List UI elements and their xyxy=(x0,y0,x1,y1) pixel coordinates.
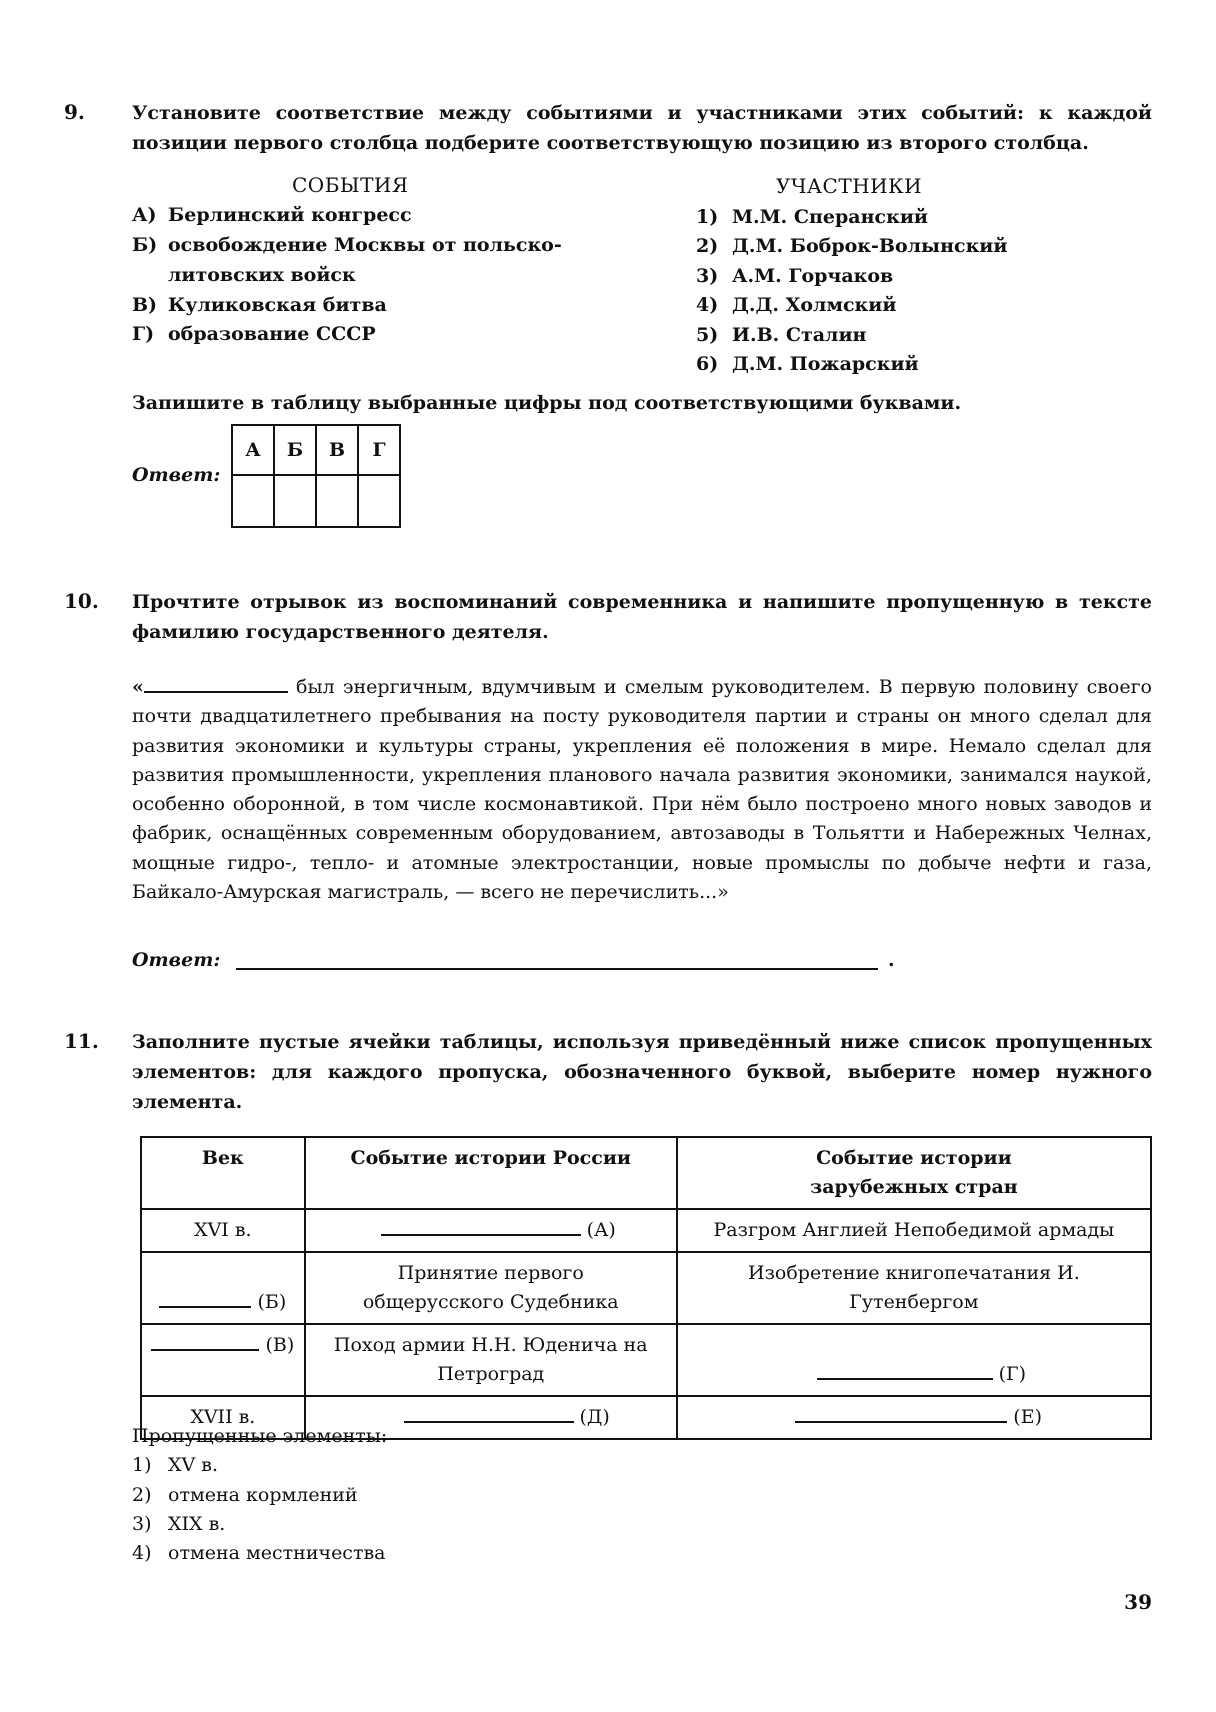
blank-letter: (Б) xyxy=(257,1291,286,1313)
answer-label: Ответ: xyxy=(132,949,220,971)
participant-item: 5)И.В. Сталин xyxy=(696,320,866,350)
cell-century[interactable]: (Б) xyxy=(141,1252,305,1324)
participant-item: 2)Д.М. Боброк-Волынский xyxy=(696,231,1007,261)
answer-header: Б xyxy=(274,425,316,475)
event-key: Г) xyxy=(132,319,168,349)
task-prompt: Прочтите отрывок из воспоминаний совреме… xyxy=(132,587,1152,647)
participant-text: М.М. Сперанский xyxy=(732,202,928,232)
cell-foreign: Разгром Англией Непобедимой армады xyxy=(677,1209,1151,1252)
participant-key: 5) xyxy=(696,320,732,350)
participant-text: Д.Д. Холмский xyxy=(732,290,896,320)
task-number: 9. xyxy=(64,100,85,124)
task-number: 11. xyxy=(64,1029,99,1053)
blank-line xyxy=(795,1405,1007,1423)
participant-text: А.М. Горчаков xyxy=(732,261,893,291)
event-text: Берлинский конгресс xyxy=(168,200,412,230)
blank-letter: (А) xyxy=(587,1219,616,1241)
blank-letter: (В) xyxy=(265,1334,294,1356)
participant-key: 4) xyxy=(696,290,732,320)
blank-letter: (Г) xyxy=(999,1363,1026,1385)
missing-text: XIX в. xyxy=(168,1509,225,1539)
missing-item: 1)XV в. xyxy=(132,1450,218,1480)
quote-text: был энергичным, вдумчивым и смелым руков… xyxy=(132,676,1152,903)
participant-key: 1) xyxy=(696,202,732,232)
missing-item: 2)отмена кормлений xyxy=(132,1480,358,1510)
missing-text: отмена местничества xyxy=(168,1538,386,1568)
missing-key: 3) xyxy=(132,1509,168,1539)
blank-letter: (Д) xyxy=(580,1406,610,1428)
blank-letter: (Е) xyxy=(1013,1406,1042,1428)
event-key: А) xyxy=(132,200,168,230)
answer-input[interactable] xyxy=(236,968,878,970)
event-text: Куликовская битва xyxy=(168,290,387,320)
event-key: Б) xyxy=(132,230,168,260)
event-text: образование СССР xyxy=(168,319,376,349)
quote-open: « xyxy=(132,676,144,698)
table-header-row: Век Событие истории России Событие истор… xyxy=(141,1137,1151,1209)
answer-header: А xyxy=(232,425,274,475)
history-table: Век Событие истории России Событие истор… xyxy=(140,1136,1152,1440)
missing-text: отмена кормлений xyxy=(168,1480,358,1510)
answer-table: А Б В Г xyxy=(231,424,401,528)
missing-key: 4) xyxy=(132,1538,168,1568)
task-prompt: Заполните пустые ячейки таблицы, использ… xyxy=(132,1027,1152,1117)
participant-text: Д.М. Боброк-Волынский xyxy=(732,231,1007,261)
header-foreign: Событие истории зарубежных стран xyxy=(677,1137,1151,1209)
participant-item: 3)А.М. Горчаков xyxy=(696,261,893,291)
task-instruction: Запишите в таблицу выбранные цифры под с… xyxy=(132,388,1152,418)
participant-text: Д.М. Пожарский xyxy=(732,349,919,379)
participant-key: 6) xyxy=(696,349,732,379)
cell-russia[interactable]: (А) xyxy=(305,1209,677,1252)
missing-item: 3)XIX в. xyxy=(132,1509,225,1539)
participant-key: 3) xyxy=(696,261,732,291)
event-item: Б)освобождение Москвы от польско-литовск… xyxy=(132,230,578,290)
cell-foreign[interactable]: (Е) xyxy=(677,1396,1151,1439)
answer-cell-b[interactable] xyxy=(274,475,316,527)
event-text: освобождение Москвы от польско-литовских… xyxy=(168,230,578,290)
task-prompt: Установите соответствие между событиями … xyxy=(132,98,1152,158)
missing-item: 4)отмена местничества xyxy=(132,1538,386,1568)
cell-century[interactable]: (В) xyxy=(141,1324,305,1396)
name-blank xyxy=(144,673,288,693)
blank-line xyxy=(151,1333,259,1351)
answer-header: Г xyxy=(358,425,400,475)
answer-cell-g[interactable] xyxy=(358,475,400,527)
events-heading: СОБЫТИЯ xyxy=(292,173,409,197)
cell-russia: Принятие первого общерусского Судебника xyxy=(305,1252,677,1324)
table-row: (Б) Принятие первого общерусского Судебн… xyxy=(141,1252,1151,1324)
event-key: В) xyxy=(132,290,168,320)
task-number: 10. xyxy=(64,589,99,613)
header-russia: Событие истории России xyxy=(305,1137,677,1209)
missing-title: Пропущенные элементы: xyxy=(132,1421,387,1451)
cell-foreign[interactable]: (Г) xyxy=(677,1324,1151,1396)
event-item: В)Куликовская битва xyxy=(132,290,387,320)
answer-cell-a[interactable] xyxy=(232,475,274,527)
event-item: А)Берлинский конгресс xyxy=(132,200,412,230)
participant-key: 2) xyxy=(696,231,732,261)
blank-line xyxy=(817,1362,993,1380)
answer-header: В xyxy=(316,425,358,475)
participant-item: 4)Д.Д. Холмский xyxy=(696,290,896,320)
quote-passage: « был энергичным, вдумчивым и смелым рук… xyxy=(132,673,1152,907)
event-item: Г)образование СССР xyxy=(132,319,376,349)
table-row: (В) Поход армии Н.Н. Юденича на Петрогра… xyxy=(141,1324,1151,1396)
participants-heading: УЧАСТНИКИ xyxy=(776,174,922,198)
answer-cell-v[interactable] xyxy=(316,475,358,527)
cell-russia: Поход армии Н.Н. Юденича на Петроград xyxy=(305,1324,677,1396)
cell-foreign: Изобретение книгопечатания И. Гутенберго… xyxy=(677,1252,1151,1324)
blank-line xyxy=(381,1218,581,1236)
answer-label: Ответ: xyxy=(132,464,220,486)
header-century: Век xyxy=(141,1137,305,1209)
participant-text: И.В. Сталин xyxy=(732,320,866,350)
missing-key: 2) xyxy=(132,1480,168,1510)
blank-line xyxy=(404,1405,574,1423)
participant-item: 1)М.М. Сперанский xyxy=(696,202,928,232)
blank-line xyxy=(159,1290,251,1308)
missing-key: 1) xyxy=(132,1450,168,1480)
cell-century: XVI в. xyxy=(141,1209,305,1252)
answer-period: . xyxy=(888,949,895,971)
missing-text: XV в. xyxy=(168,1450,218,1480)
table-row: XVI в. (А) Разгром Англией Непобедимой а… xyxy=(141,1209,1151,1252)
participant-item: 6)Д.М. Пожарский xyxy=(696,349,919,379)
page-number: 39 xyxy=(1124,1590,1152,1614)
